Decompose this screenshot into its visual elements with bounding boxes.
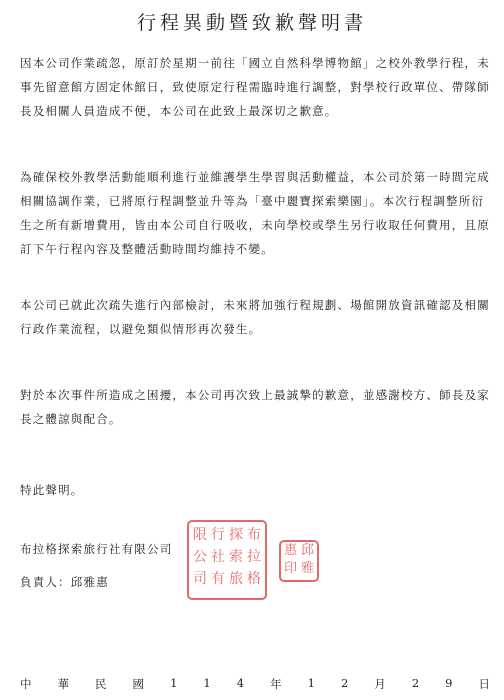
seal-char: 雅 [300,562,316,579]
date-day-label: 日 [479,676,491,692]
personal-seal-stamp: 邱 雅 惠 印 [279,540,319,582]
paragraph-apology: 對於本次事件所造成之困擾，本公司再次致上最誠摯的歉意，並感謝校方、師長及家長之體… [20,383,490,431]
date-day-digit: 9 [445,676,452,692]
date-month-digit: 1 [308,676,315,692]
company-seal-stamp: 布 拉 格 探 索 旅 行 社 有 限 公 司 [187,520,267,600]
date-era-char: 民 [95,676,107,692]
seal-char: 公 [192,550,209,570]
seal-char: 有 [210,572,227,592]
paragraph-review: 本公司已就此次疏失進行內部檢討，未來將加強行程規劃、場館開放資訊確認及相關行政作… [20,293,490,341]
seal-char: 限 [192,528,209,548]
seal-char: 行 [210,528,227,548]
date-year-digit: 4 [237,676,244,692]
date-year-digit: 1 [170,676,177,692]
date-era-char: 國 [133,676,145,692]
seal-char: 索 [228,550,245,570]
seal-char: 旅 [228,572,245,592]
seal-char: 布 [246,528,263,548]
date-year-label: 年 [270,676,282,692]
seal-char: 惠 [283,544,299,561]
seal-char: 司 [192,572,209,592]
date-month-digit: 2 [341,676,348,692]
page-title: 行程異動暨致歉聲明書 [0,8,504,35]
seal-char: 邱 [300,544,316,561]
seal-char: 格 [246,572,263,592]
seal-char: 拉 [246,550,263,570]
date-month-label: 月 [374,676,386,692]
date-day-digit: 2 [412,676,419,692]
paragraph-incident: 因本公司作業疏忽，原訂於星期一前往「國立自然科學博物館」之校外教學行程，未事先留… [20,51,490,123]
paragraph-remedy: 為確保校外教學活動能順利進行並維護學生學習與活動權益，本公司於第一時間完成相關協… [20,165,490,261]
seal-char: 印 [283,562,299,579]
date-era-char: 華 [58,676,70,692]
date-year-digit: 1 [203,676,210,692]
seal-char: 社 [210,550,227,570]
date-era-char: 中 [20,676,32,692]
closing-statement: 特此聲明。 [20,478,490,502]
date-line: 中 華 民 國 1 1 4 年 1 2 月 2 9 日 [20,676,490,692]
seal-char: 探 [228,528,245,548]
